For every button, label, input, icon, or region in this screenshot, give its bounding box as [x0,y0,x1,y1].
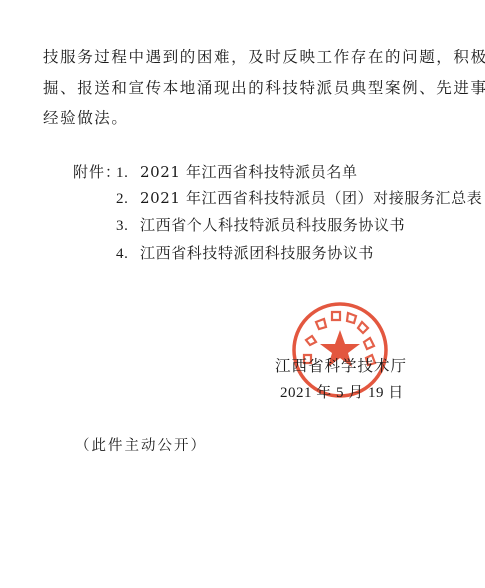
paragraph-line-2: 掘、报送和宣传本地涌现出的科技特派员典型案例、先进事迹、 [43,78,485,98]
attachment-number: 3. [116,216,140,236]
attachment-number: 1. [116,163,140,183]
attachment-item: 1.2021 年江西省科技特派员名单 [116,162,358,183]
attachments-label: 附件： [73,162,121,182]
paragraph-line-1: 技服务过程中遇到的困难，及时反映工作存在的问题，积极发 [43,47,485,67]
attachment-title: 2021 年江西省科技特派员名单 [140,163,358,181]
issue-date: 2021 年 5 月 19 日 [280,383,404,403]
attachment-item: 2.2021 年江西省科技特派员（团）对接服务汇总表 [116,188,482,209]
attachment-title: 2021 年江西省科技特派员（团）对接服务汇总表 [140,189,482,207]
issuing-organization: 江西省科学技术厅 [275,356,407,376]
attachment-number: 4. [116,244,140,264]
paragraph-line-3: 经验做法。 [43,108,129,128]
attachment-number: 2. [116,189,140,209]
attachment-title: 江西省科技特派团科技服务协议书 [140,244,374,262]
disclosure-note: （此件主动公开） [75,436,207,456]
attachment-title: 江西省个人科技特派员科技服务协议书 [140,216,405,234]
attachment-item: 3.江西省个人科技特派员科技服务协议书 [116,215,405,236]
attachment-item: 4.江西省科技特派团科技服务协议书 [116,243,374,264]
